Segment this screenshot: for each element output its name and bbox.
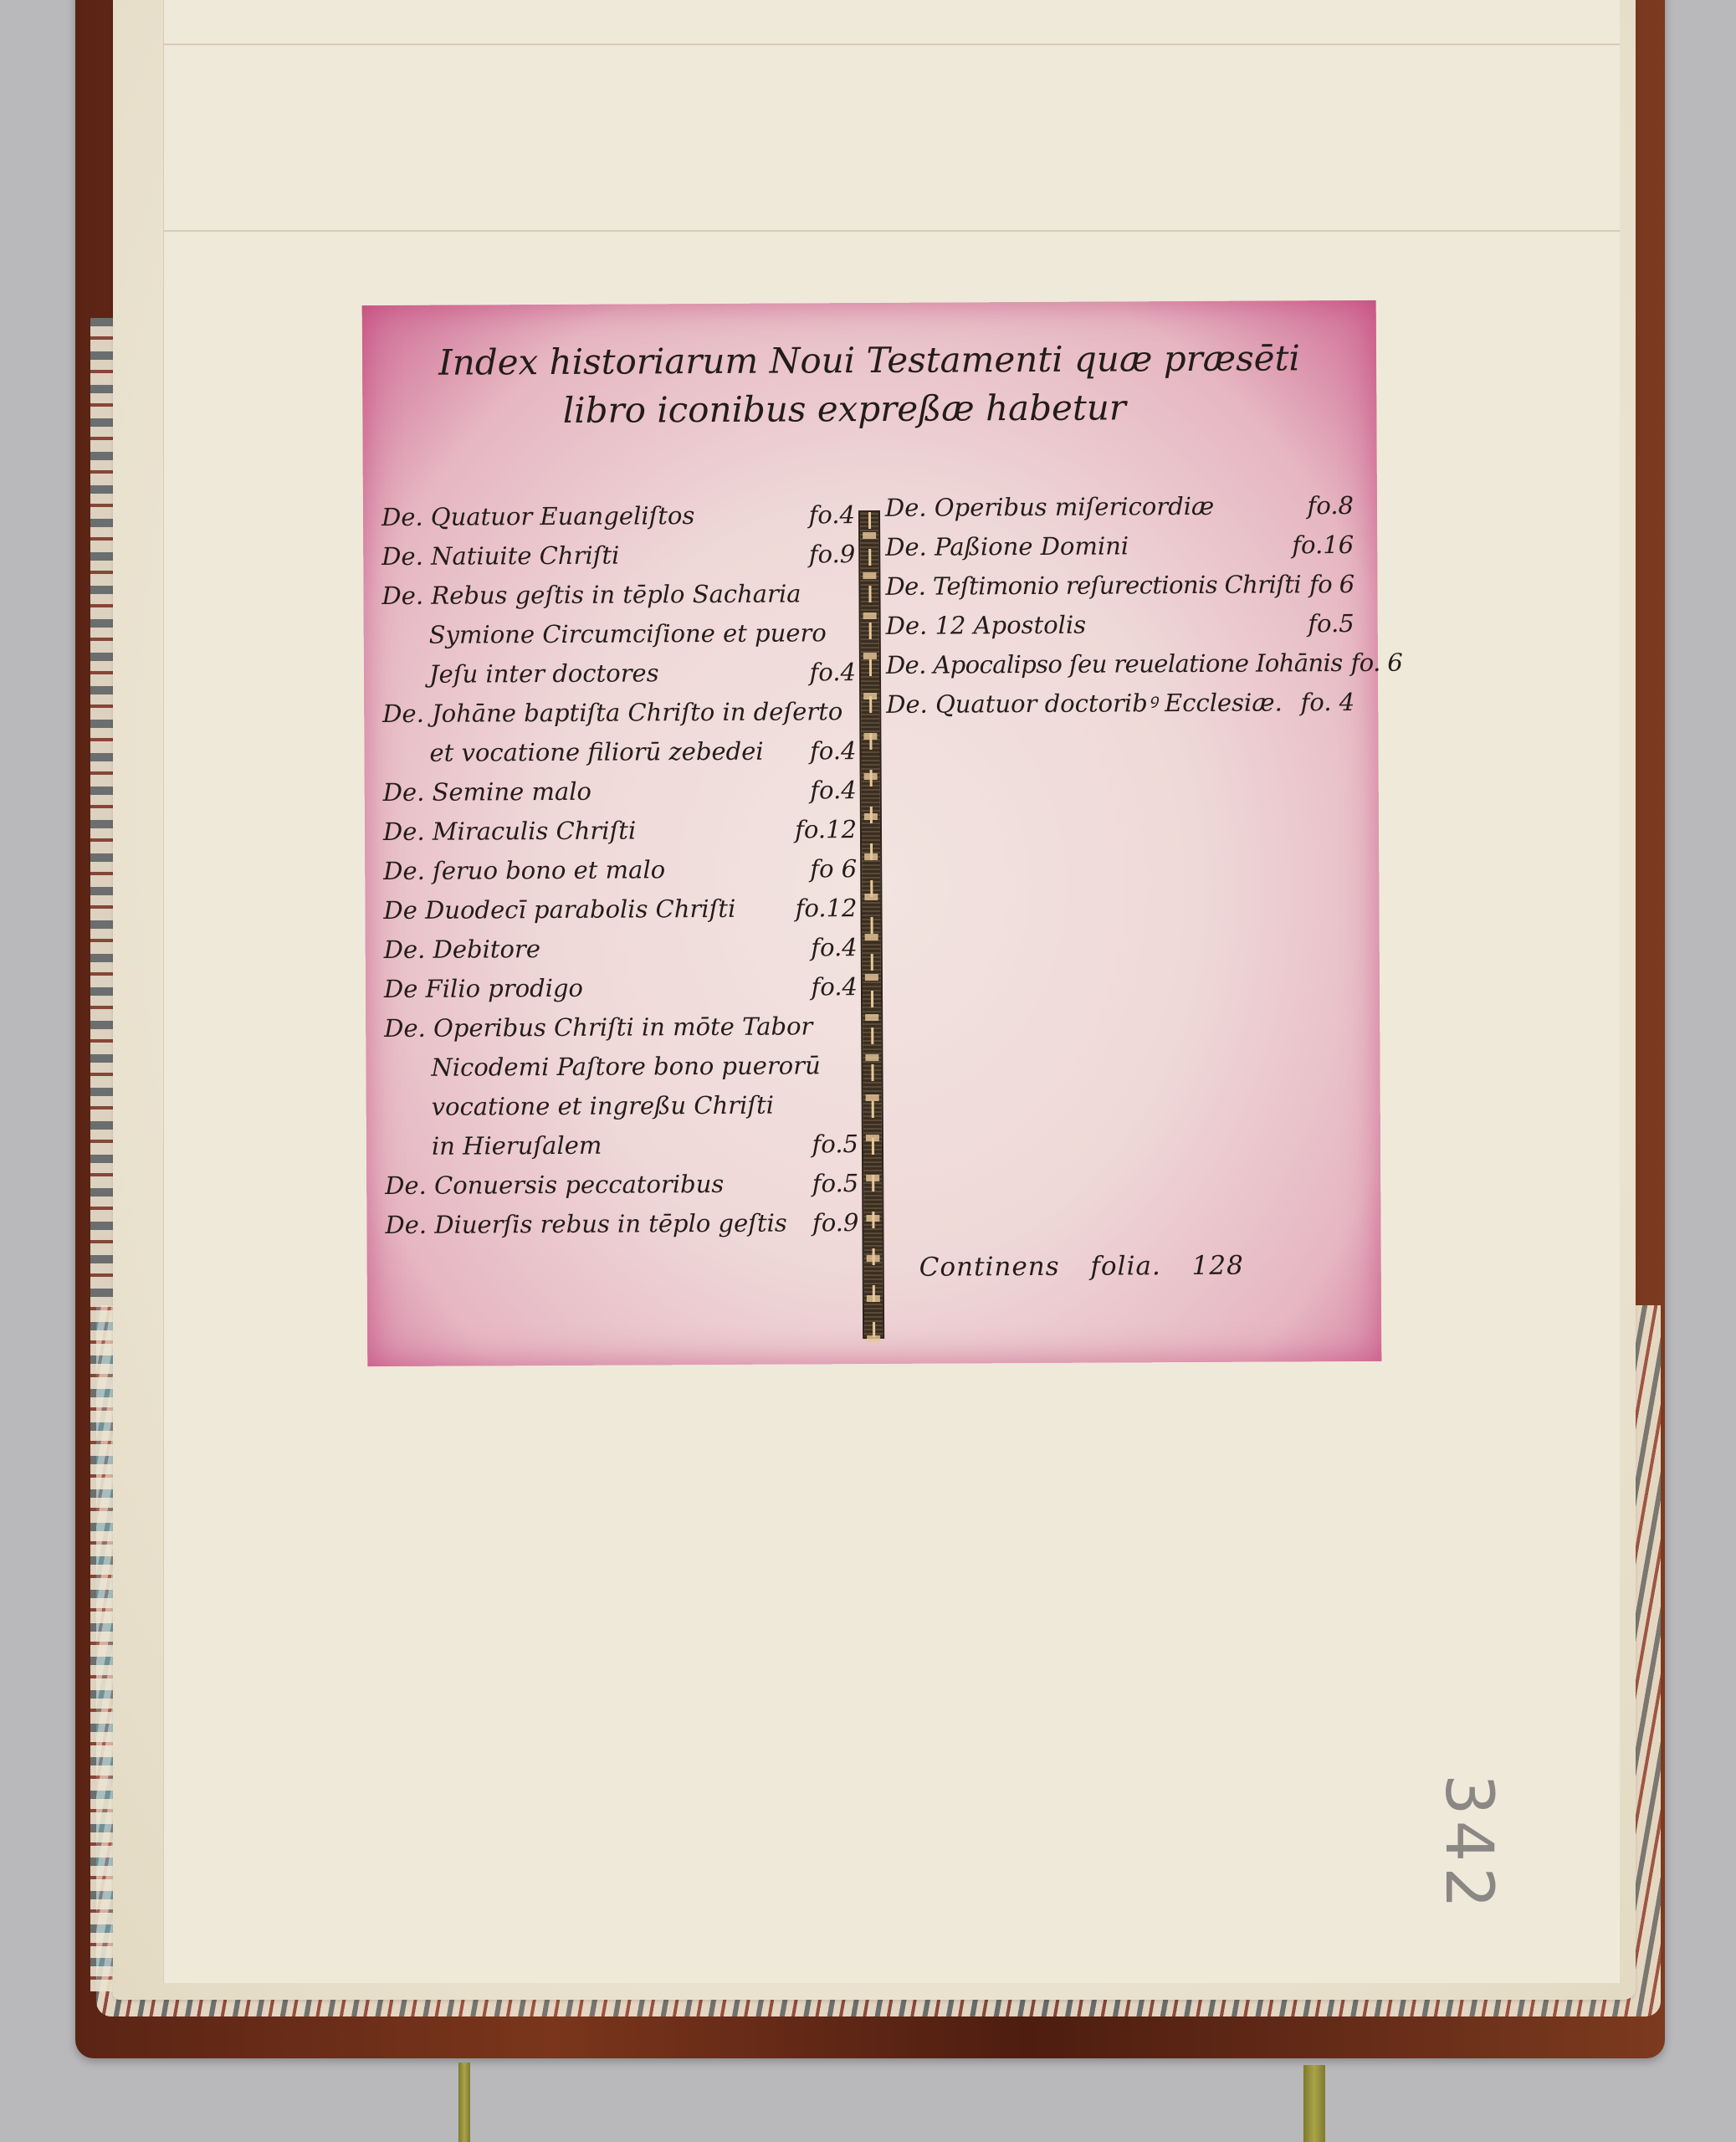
title-line-2: libro iconibus expreßæ habetur [362, 382, 1376, 436]
folio-count-footer: Continens folia. 128 [919, 1251, 1244, 1283]
index-entry-continuation: vocatione et ingreßu Chriſti [385, 1085, 858, 1127]
index-entry-continuation: Jeſu inter doctoresfo.4 [382, 653, 856, 694]
index-entry: De. Conuersis peccatoribusfo.5 [385, 1164, 858, 1206]
index-entry: De. Johāne baptiſta Chriſto in deſerto [382, 692, 856, 734]
fold-line [164, 230, 1620, 232]
index-entry: De. 12 Apostolisfo.5 [886, 604, 1354, 646]
index-entry-continuation: et vocatione filiorū zebedeifo.4 [382, 731, 856, 773]
index-entry: De Duodecī parabolis Chriſtifo.12 [383, 889, 857, 930]
pencil-page-number: 342 [1431, 1774, 1506, 1914]
index-entry: De. Quatuor doctoribꝰ Ecclesiæ.fo. 4 [886, 683, 1354, 725]
index-entry: De. Apocalipso ſeu reuelatione Iohānisfo… [886, 643, 1354, 685]
title-line-1: Index historiarum Noui Testamenti quæ pr… [362, 334, 1376, 387]
index-entry: De. Operibus miſericordiæfo.8 [885, 486, 1354, 528]
index-entry: De Filio prodigofo.4 [384, 967, 858, 1009]
ornamental-vine-divider [858, 510, 884, 1339]
index-entry-continuation: Symione Circumciſione et puero [382, 613, 856, 655]
index-right-column: De. Operibus miſericordiæfo.8 De. Paßion… [885, 486, 1354, 725]
index-entry: De. Teſtimonio reſurectionis Chriſtifo 6 [885, 565, 1354, 607]
engraved-index-sheet: Index historiarum Noui Testamenti quæ pr… [362, 300, 1382, 1366]
index-entry: De. Debitorefo.4 [384, 928, 858, 970]
index-entry: De. Natiuite Chriſtifo.9 [382, 535, 855, 576]
index-entry: De. Semine malofo.4 [383, 771, 857, 812]
index-entry: De. Diuerſis rebus in tēplo geſtisfo.9 [385, 1203, 858, 1245]
index-entry-continuation: in Hieruſalemfo.5 [385, 1125, 858, 1166]
index-entry: De. Miraculis Chriſtifo.12 [383, 810, 857, 852]
ribbon-marker-right [1303, 2065, 1325, 2142]
index-entry: De. Operibus Chriſti in mōte Tabor [384, 1007, 858, 1048]
index-title: Index historiarum Noui Testamenti quæ pr… [362, 334, 1377, 436]
index-left-column: De. Quatuor Euangeliſtosfo.4 De. Natiuit… [382, 495, 859, 1245]
ribbon-marker-left [458, 2063, 470, 2142]
index-entry: De. Paßione Dominifo.16 [885, 525, 1354, 567]
fold-line [164, 44, 1620, 45]
index-entry: De. Rebus geſtis in tēplo Sacharia [382, 574, 855, 616]
index-entry: De. ſeruo bono et malofo 6 [383, 849, 857, 891]
index-entry: De. Quatuor Euangeliſtosfo.4 [382, 495, 855, 537]
index-entry-continuation: Nicodemi Paſtore bono puerorū [384, 1046, 858, 1088]
